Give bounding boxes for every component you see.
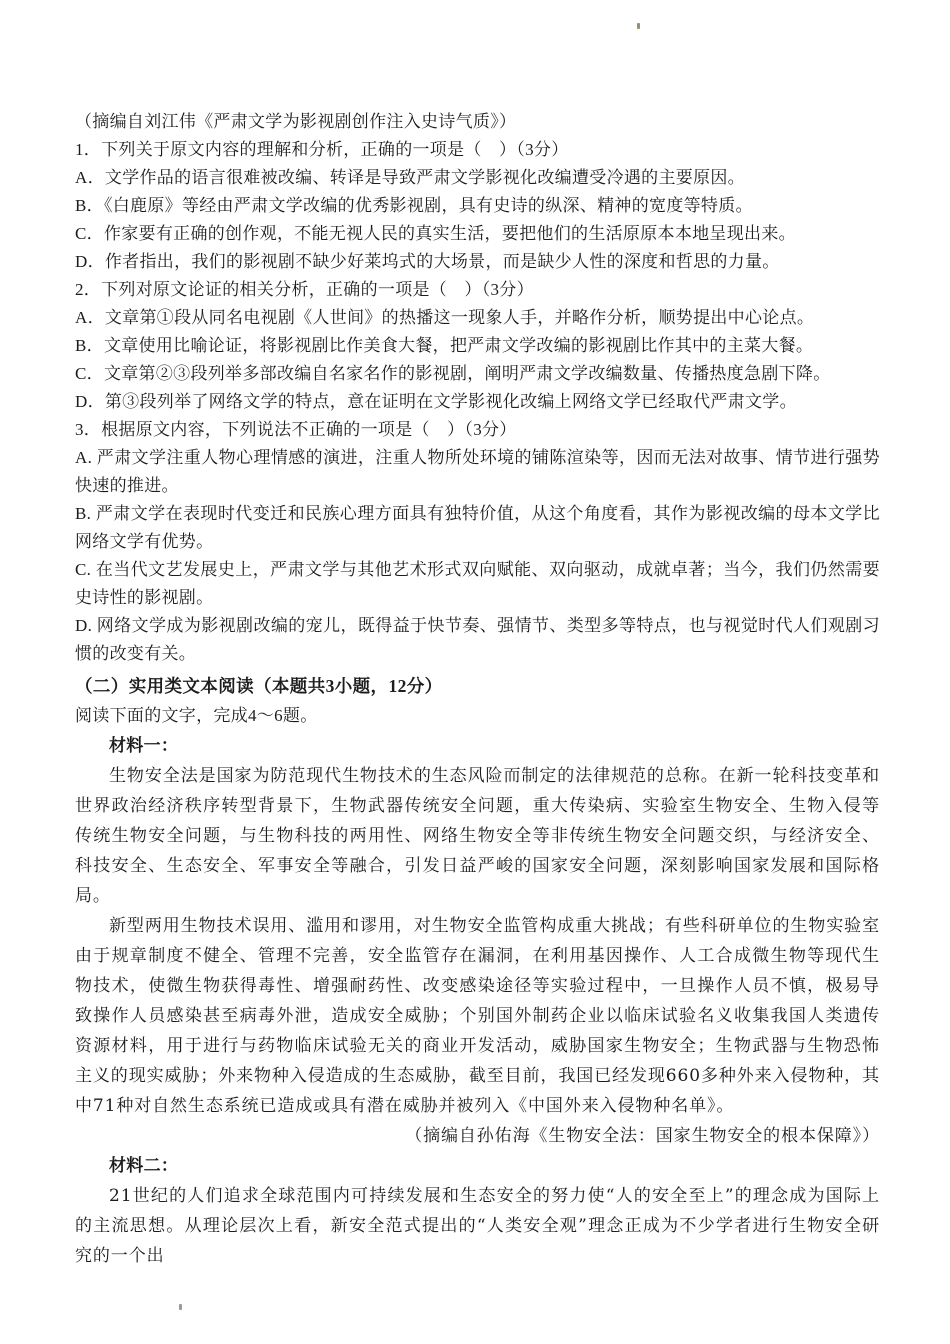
material-2-paragraph-1: 21世纪的人们追求全球范围内可持续发展和生态安全的努力使“人的安全至上”的理念成…: [75, 1181, 880, 1271]
question-3-option-d: D. 网络文学成为影视剧改编的宠儿，既得益于快节奏、强情节、类型多等特点，也与视…: [75, 612, 880, 668]
question-3-option-c: C. 在当代文艺发展史上，严肃文学与其他艺术形式双向赋能、双向驱动，成就卓著；当…: [75, 556, 880, 612]
reading-instruction: 阅读下面的文字，完成4～6题。: [75, 701, 880, 731]
question-1-option-a: A．文学作品的语言很难被改编、转译是导致严肃文学影视化改编遭受冷遇的主要原因。: [75, 164, 880, 192]
source-attribution-biosecurity: （摘编自孙佑海《生物安全法：国家生物安全的根本保障》）: [75, 1121, 880, 1151]
question-1-stem: 1．下列关于原文内容的理解和分析，正确的一项是（ ）（3分）: [75, 136, 880, 164]
question-1-option-b: B．《白鹿原》等经由严肃文学改编的优秀影视剧，具有史诗的纵深、精神的宽度等特质。: [75, 192, 880, 220]
material-1-paragraph-1: 生物安全法是国家为防范现代生物技术的生态风险而制定的法律规范的总称。在新一轮科技…: [75, 761, 880, 911]
practical-reading-section: （二）实用类文本阅读（本题共3小题，12分） 阅读下面的文字，完成4～6题。 材…: [75, 671, 880, 1271]
scan-artifact-top: [637, 23, 640, 29]
material-2-label: 材料二：: [75, 1151, 880, 1181]
scan-artifact-bottom: [179, 1304, 182, 1310]
question-2-option-c: C．文章第②③段列举多部改编自名家名作的影视剧，阐明严肃文学改编数量、传播热度急…: [75, 360, 880, 388]
question-2-option-b: B．文章使用比喻论证，将影视剧比作美食大餐，把严肃文学改编的影视剧比作其中的主菜…: [75, 332, 880, 360]
question-1-option-d: D．作者指出，我们的影视剧不缺少好莱坞式的大场景，而是缺少人性的深度和哲思的力量…: [75, 248, 880, 276]
question-3-stem: 3．根据原文内容，下列说法不正确的一项是（ ）（3分）: [75, 416, 880, 444]
question-3-option-a: A. 严肃文学注重人物心理情感的演进，注重人物所处环境的铺陈渲染等，因而无法对故…: [75, 444, 880, 500]
question-section: （摘编自刘江伟《严肃文学为影视剧创作注入史诗气质》） 1．下列关于原文内容的理解…: [75, 108, 880, 668]
question-2-stem: 2．下列对原文论证的相关分析，正确的一项是（ ）（3分）: [75, 276, 880, 304]
question-3-option-b: B. 严肃文学在表现时代变迁和民族心理方面具有独特价值，从这个角度看，其作为影视…: [75, 500, 880, 556]
question-2-option-d: D．第③段列举了网络文学的特点，意在证明在文学影视化改编上网络文学已经取代严肃文…: [75, 388, 880, 416]
material-1-paragraph-2: 新型两用生物技术误用、滥用和谬用，对生物安全监管构成重大挑战；有些科研单位的生物…: [75, 911, 880, 1121]
material-1-label: 材料一：: [75, 731, 880, 761]
question-2-option-a: A．文章第①段从同名电视剧《人世间》的热播这一现象人手，并略作分析，顺势提出中心…: [75, 304, 880, 332]
section-2-header: （二）实用类文本阅读（本题共3小题，12分）: [75, 671, 880, 701]
exam-page: （摘编自刘江伟《严肃文学为影视剧创作注入史诗气质》） 1．下列关于原文内容的理解…: [75, 108, 880, 1271]
source-attribution-literature: （摘编自刘江伟《严肃文学为影视剧创作注入史诗气质》）: [75, 108, 880, 136]
question-1-option-c: C．作家要有正确的创作观，不能无视人民的真实生活，要把他们的生活原原本本地呈现出…: [75, 220, 880, 248]
